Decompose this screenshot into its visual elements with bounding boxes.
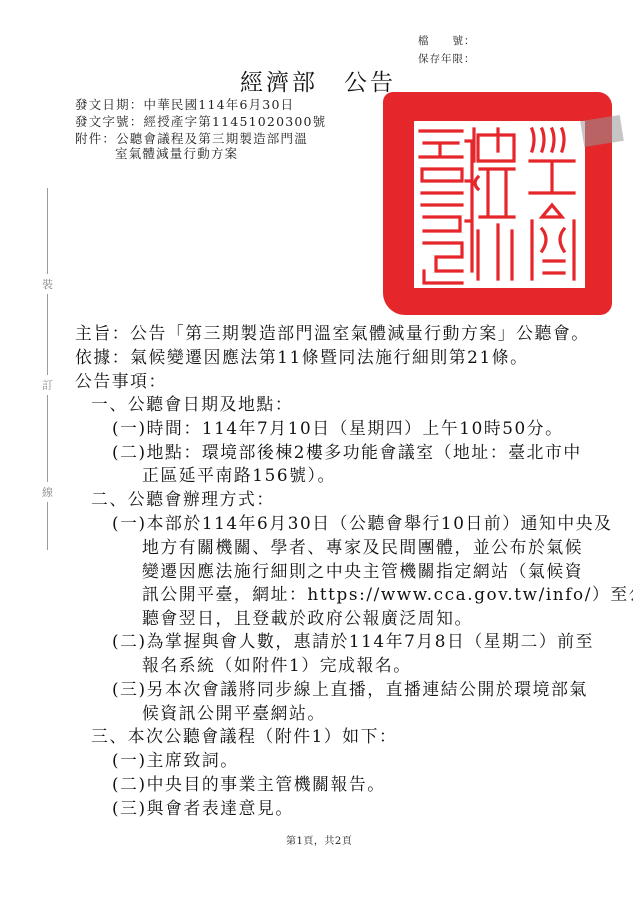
retention-period-label: 保存年限：: [418, 51, 476, 66]
issue-date: 發文日期：中華民國114年6月30日: [75, 95, 294, 113]
section-2-item-1-cont-4: 聽會翌日，且登載於政府公報廣泛周知。: [142, 608, 473, 628]
seal-script-glyphs-icon: [414, 121, 585, 288]
section-1-heading: 一、公聽會日期及地點：: [91, 394, 293, 414]
section-2-item-3-cont: 候資訊公開平臺網站。: [142, 703, 326, 723]
section-2-heading: 二、公聽會辦理方式：: [91, 489, 275, 509]
section-2-item-3: (三)另本次會議將同步線上直播，直播連結公開於環境部氣: [112, 679, 588, 699]
basis-line: 依據：氣候變遷因應法第11條暨同法施行細則第21條。: [75, 347, 529, 367]
section-2-item-1-cont-2: 變遷因應法施行細則之中央主管機關指定網站（氣候資: [142, 561, 583, 581]
document-title: 經濟部 公告: [240, 64, 396, 97]
binding-char-ding: 訂: [40, 375, 55, 395]
section-3-heading: 三、本次公聽會議程（附件1）如下：: [91, 726, 397, 746]
subject-line: 主旨：公告「第三期製造部門溫室氣體減量行動方案」公聽會。: [75, 323, 590, 343]
section-1-item-2: (二)地點：環境部後棟2樓多功能會議室（地址：臺北市中: [112, 442, 582, 462]
binding-char-xian: 線: [40, 482, 55, 502]
file-number-label: 檔 號：: [418, 33, 476, 48]
section-2-item-2: (二)為掌握與會人數，惠請於114年7月8日（星期二）前至: [112, 631, 594, 651]
section-3-item-3: (三)與會者表達意見。: [112, 798, 294, 818]
section-2-item-2-cont: 報名系統（如附件1）完成報名。: [142, 655, 412, 675]
document-number: 發文字號：經授產字第11451020300號: [75, 112, 326, 130]
page-number: 第1頁，共2頁: [286, 832, 352, 847]
section-2-item-1: (一)本部於114年6月30日（公聽會舉行10日前）通知中央及: [112, 513, 613, 533]
section-3-item-2: (二)中央目的事業主管機關報告。: [112, 774, 386, 794]
attachment-line-2: 室氣體減量行動方案: [115, 144, 238, 162]
section-1-item-2-cont: 正區延平南路156號）。: [142, 465, 336, 485]
section-1-item-1: (一)時間：114年7月10日（星期四）上午10時50分。: [112, 418, 564, 438]
section-2-item-1-cont-3: 訊公開平臺，網址：https://www.cca.gov.tw/info/）至公: [142, 584, 633, 604]
announcement-items-heading: 公告事項：: [75, 371, 167, 391]
section-3-item-1: (一)主席致詞。: [112, 750, 239, 770]
seal-inner-field: [414, 121, 585, 288]
official-seal: [383, 92, 612, 315]
section-2-item-1-cont-1: 地方有關機關、學者、專家及民間團體，並公布於氣候: [142, 537, 583, 557]
scan-tape-artifact: [580, 115, 624, 147]
binding-char-zhuang: 裝: [40, 274, 55, 294]
